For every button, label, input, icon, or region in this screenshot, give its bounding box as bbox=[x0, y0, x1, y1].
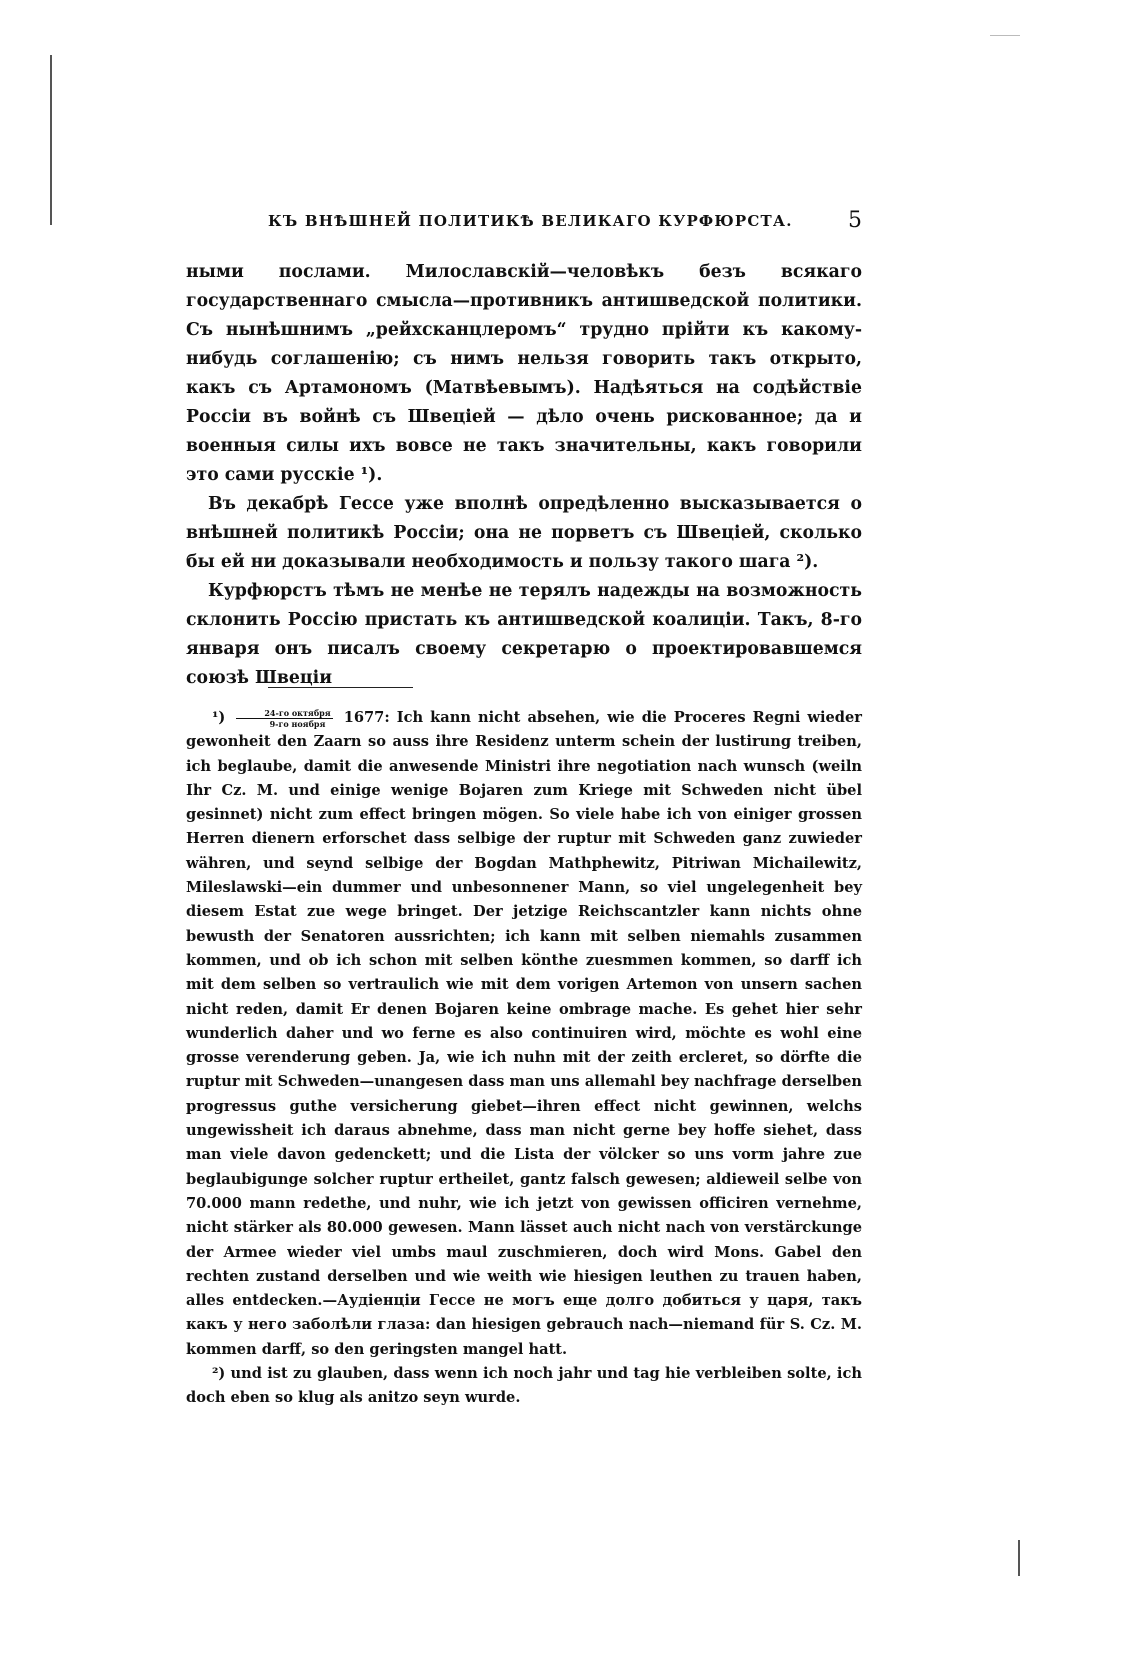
date-old-style: 24-го октября bbox=[236, 708, 332, 719]
page-number: 5 bbox=[848, 208, 862, 233]
footnote-text: 1677: Ich kann nicht absehen, wie die Pr… bbox=[186, 709, 862, 1358]
footnote-separator bbox=[268, 687, 413, 688]
paragraph: Въ декабрѣ Гессе уже вполнѣ опредѣленно … bbox=[186, 490, 862, 577]
running-header: КЪ ВНѢШНЕЙ ПОЛИТИКѢ ВЕЛИКАГО КУРФЮРСТА. … bbox=[186, 212, 862, 242]
date-fraction: 24-го октября 9-го ноября bbox=[236, 708, 332, 729]
paragraph: ными послами. Милославскій—человѣкъ безъ… bbox=[186, 258, 862, 490]
scan-edge-mark bbox=[990, 35, 1020, 36]
paragraph: Курфюрстъ тѣмъ не менѣе не терялъ надежд… bbox=[186, 577, 862, 693]
date-new-style: 9-го ноября bbox=[236, 719, 332, 729]
footnotes: ¹) 24-го октября 9-го ноября 1677: Ich k… bbox=[186, 706, 862, 1411]
footnote-1: ¹) 24-го октября 9-го ноября 1677: Ich k… bbox=[186, 706, 862, 1362]
scan-margin-line bbox=[50, 55, 52, 225]
main-text: ными послами. Милославскій—человѣкъ безъ… bbox=[186, 258, 862, 693]
footnote-text: und ist zu glauben, dass wenn ich noch j… bbox=[186, 1365, 862, 1406]
footnote-marker: ²) bbox=[212, 1365, 225, 1382]
footnote-marker: ¹) bbox=[212, 709, 225, 726]
running-title: КЪ ВНѢШНЕЙ ПОЛИТИКѢ ВЕЛИКАГО КУРФЮРСТА. bbox=[268, 212, 793, 230]
footnote-2: ²) und ist zu glauben, dass wenn ich noc… bbox=[186, 1362, 862, 1411]
scan-margin-line bbox=[1018, 1540, 1020, 1576]
